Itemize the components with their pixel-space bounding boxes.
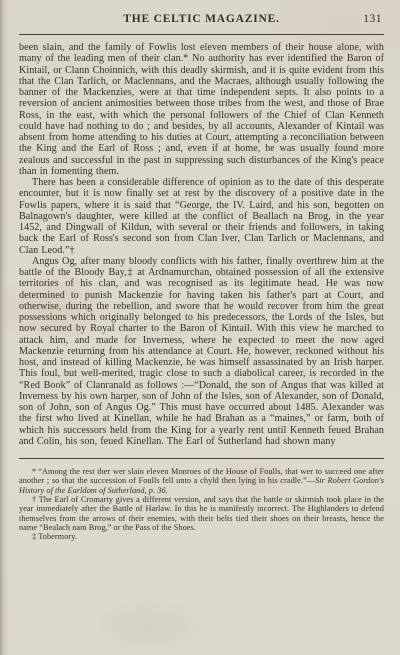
header-rule: [19, 34, 384, 35]
magazine-page: THE CELTIC MAGAZINE. 131 been slain, and…: [0, 0, 400, 655]
footnote-tobermory: ‡Tobermory.: [19, 532, 384, 541]
page-header: THE CELTIC MAGAZINE. 131: [19, 13, 384, 30]
paragraph-date-of-encounter: There has been a considerable difference…: [19, 177, 384, 256]
footnote-marker-double-dagger: ‡: [32, 532, 36, 541]
running-title: THE CELTIC MAGAZINE.: [19, 13, 384, 25]
footnote-cromarty: †The Earl of Cromarty gives a different …: [19, 495, 384, 532]
article-body: been slain, and the family of Fowlis los…: [19, 42, 384, 447]
footnote-rule: [19, 458, 384, 459]
page-number: 131: [363, 13, 382, 25]
footnote-monroes: *“Among the rest ther wer slain eleven M…: [19, 467, 384, 495]
footnote-text: The Earl of Cromarty gives a different v…: [19, 495, 384, 532]
paragraph-continuation: been slain, and the family of Fowlis los…: [19, 42, 384, 177]
footnote-marker-asterisk: *: [32, 467, 36, 476]
footnote-text: Tobermory.: [38, 532, 77, 541]
footnote-marker-dagger: †: [32, 495, 37, 504]
footnotes: *“Among the rest ther wer slain eleven M…: [19, 467, 384, 542]
paragraph-angus-og: Angus Og, after many bloody conflicts wi…: [19, 256, 384, 447]
page-content: THE CELTIC MAGAZINE. 131 been slain, and…: [0, 0, 400, 542]
